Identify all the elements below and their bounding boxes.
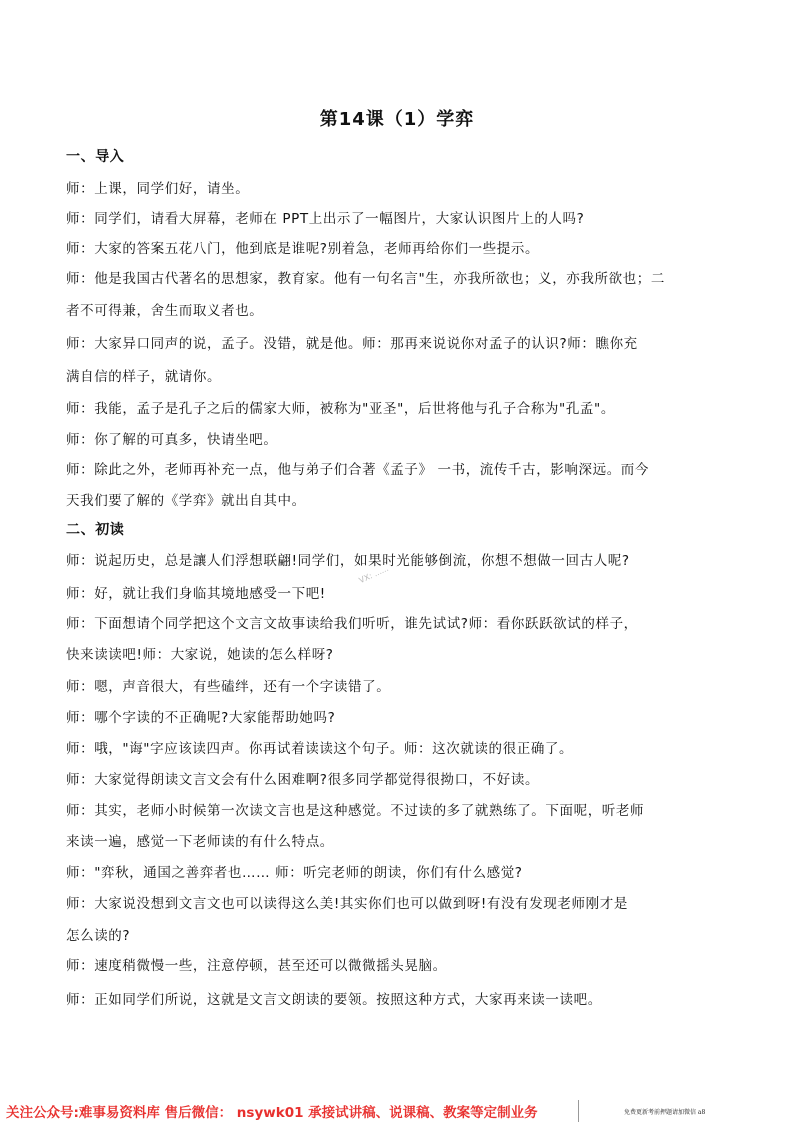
paragraph-line: 师：正如同学们所说，这就是文言文朗读的要领。按照这种方式，大家再来读一读吧。 <box>66 988 602 1008</box>
paragraph-line: 师：哦，"诲"字应该读四声。你再试着读读这个句子。师：这次就读的很正确了。 <box>66 737 573 757</box>
paragraph-line: 者不可得兼，舍生而取义者也。 <box>66 299 263 319</box>
paragraph-line: 师：哪个字读的不正确呢?大家能帮助她吗? <box>66 706 335 726</box>
paragraph-line: 师：我能，孟子是孔子之后的儒家大师，被称为"亚圣"，后世将他与孔子合称为"孔孟"… <box>66 397 615 417</box>
paragraph-line: 师：其实，老师小时候第一次读文言也是这种感觉。不过读的多了就熟练了。下面呢，听老… <box>66 799 644 819</box>
paragraph-line: 师：上课，同学们好，请坐。 <box>66 177 249 197</box>
paragraph-line: 满自信的样子，就请你。 <box>66 365 221 385</box>
paragraph-line: 师：嗯，声音很大，有些磕绊，还有一个字读错了。 <box>66 675 390 695</box>
page-title: 第14课（1）学弈 <box>0 105 794 131</box>
paragraph-line: 师：大家说没想到文言文也可以读得这么美!其实你们也可以做到呀!有没有发现老师刚才… <box>66 892 628 912</box>
paragraph-line: 师：大家异口同声的说，孟子。没错，就是他。师：那再来说说你对孟子的认识?师：瞧你… <box>66 332 638 352</box>
paragraph-line: 师：好，就让我们身临其境地感受一下吧! <box>66 582 326 602</box>
footer-divider <box>578 1100 579 1122</box>
paragraph-line: 师：他是我国古代著名的思想家，教育家。他有一句名言"生，亦我所欲也；义，亦我所欲… <box>66 267 665 287</box>
footer-note: 免费更新考前押题请加微信 a8 <box>624 1107 705 1116</box>
paragraph-line: 师：下面想请个同学把这个文言文故事读给我们听听，谁先试试?师：看你跃跃欲试的样子… <box>66 612 638 632</box>
paragraph-line: 快来读读吧!师：大家说，她读的怎么样呀? <box>66 643 334 663</box>
section-heading: 二、初读 <box>66 519 124 539</box>
paragraph-line: 师：你了解的可真多，快请坐吧。 <box>66 428 278 448</box>
footer-promo-text: 关注公众号:难事易资料库 售后微信： nsywk01 承接试讲稿、说课稿、教案等… <box>6 1101 538 1121</box>
paragraph-line: 师：大家觉得朗读文言文会有什么困难啊?很多同学都觉得很拗口，不好读。 <box>66 768 539 788</box>
paragraph-line: 师：说起历史，总是讓人们浮想联翩!同学们，如果时光能够倒流，你想不想做一回古人呢… <box>66 549 630 569</box>
paragraph-line: 天我们要了解的《学弈》就出自其中。 <box>66 489 306 509</box>
paragraph-line: 来读一遍，感觉一下老师读的有什么特点。 <box>66 830 334 850</box>
paragraph-line: 怎么读的? <box>66 924 130 944</box>
paragraph-line: 师：大家的答案五花八门，他到底是谁呢?别着急，老师再给你们一些提示。 <box>66 237 539 257</box>
paragraph-line: 师："弈秋，通国之善弈者也…… 师：听完老师的朗读，你们有什么感觉? <box>66 861 523 881</box>
paragraph-line: 师：除此之外，老师再补充一点，他与弟子们合著《孟子》 一书，流传千古，影响深远。… <box>66 458 649 478</box>
paragraph-line: 师：同学们，请看大屏幕，老师在 PPT上出示了一幅图片，大家认识图片上的人吗? <box>66 207 584 227</box>
paragraph-line: 师：速度稍微慢一些，注意停顿，甚至还可以微微摇头晃脑。 <box>66 954 447 974</box>
section-heading: 一、导入 <box>66 146 124 166</box>
